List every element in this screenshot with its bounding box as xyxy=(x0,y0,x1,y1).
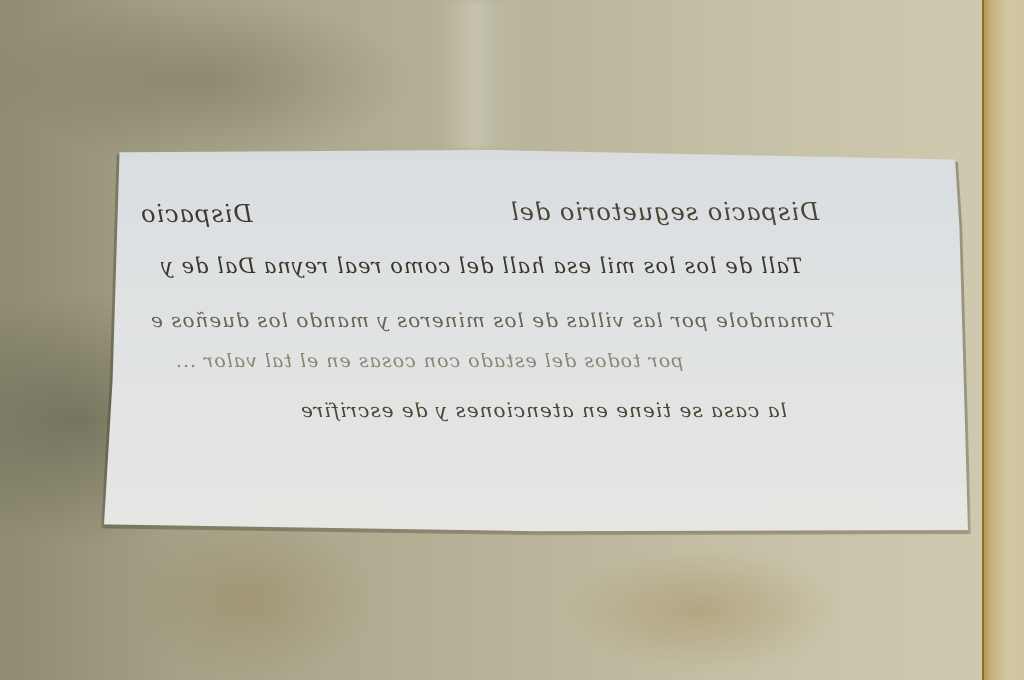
paper-crease xyxy=(440,0,530,150)
note-line-2: Tomandole por las villas de los mineros … xyxy=(150,308,835,332)
note-header-right: Dispacio seguetorio del xyxy=(510,198,819,226)
note-line-4: la casa se tiene en atenciones y de escr… xyxy=(300,398,787,422)
note-line-3: por todos del estado con cosas en el tal… xyxy=(175,350,683,372)
book-page-edge xyxy=(982,0,1024,680)
note-header-left: Dispacio xyxy=(140,200,252,228)
note-line-1: Tall de los los mil esa hall del como re… xyxy=(160,254,802,278)
